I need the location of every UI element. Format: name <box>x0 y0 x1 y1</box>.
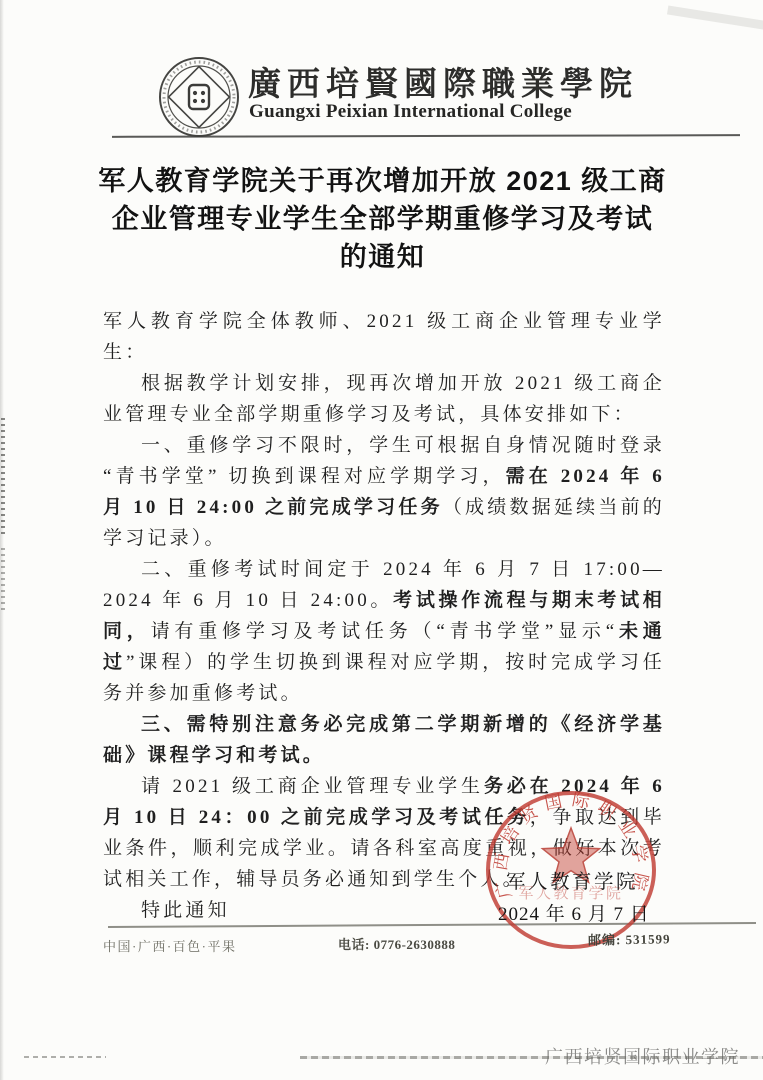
paragraph: 二、重修考试时间定于 2024 年 6 月 7 日 17:00—2024 年 6… <box>103 554 665 709</box>
paragraph: 三、需特别注意务必完成第二学期新增的《经济学基础》课程学习和考试。 <box>103 709 665 771</box>
signature-department: 军人教育学院 <box>506 866 638 894</box>
paragraph-run-bold: 三、需特别注意务必完成第二学期新增的《经济学基础》课程学习和考试。 <box>103 714 665 766</box>
college-name-chinese: 廣西培賢國際職業學院 <box>248 58 638 105</box>
scan-corner-artifact <box>667 5 763 31</box>
college-seal-logo-icon <box>157 55 241 139</box>
paragraph: 军人教育学院全体教师、2021 级工商企业管理专业学生： <box>103 306 665 368</box>
college-name-english: Guangxi Peixian International College <box>249 101 572 123</box>
scanned-notice-page: 廣西培賢國際職業學院 Guangxi Peixian International… <box>0 0 763 1080</box>
paragraph-run: 特此通知 <box>141 900 230 921</box>
scan-smudge-bottom-left <box>24 1056 106 1058</box>
notice-title-line-2: 企业管理专业学生全部学期重修学习及考试 <box>95 200 670 238</box>
signature-date: 2024 年 6 月 7 日 <box>498 899 650 926</box>
footer-phone: 电话: 0776-2630888 <box>338 934 455 953</box>
notice-title: 军人教育学院关于再次增加开放 2021 级工商 企业管理专业学生全部学期重修学习… <box>95 162 670 276</box>
paragraph: 一、重修学习不限时，学生可根据自身情况随时登录 “青书学堂” 切换到课程对应学期… <box>103 430 665 554</box>
paragraph-run: 请有重修学习及考试任务（“青书学堂”显示“ <box>151 621 618 642</box>
footer-address: 中国·广西·百色·平果 <box>103 936 237 955</box>
scan-edge-shading <box>0 0 4 1080</box>
notice-title-line-3: 的通知 <box>95 238 670 276</box>
paragraph: 根据教学计划安排，现再次增加开放 2021 级工商企业管理专业全部学期重修学习及… <box>103 368 665 430</box>
scan-smudge-bottom-right <box>300 1056 763 1059</box>
scan-artifact-left-lower <box>1 548 5 610</box>
paragraph-run: 请 2021 级工商企业管理专业学生 <box>141 776 484 797</box>
paragraph-run: 根据教学计划安排，现再次增加开放 2021 级工商企业管理专业全部学期重修学习及… <box>103 373 665 425</box>
paragraph-run: 军人教育学院全体教师、2021 级工商企业管理专业学生： <box>103 311 665 363</box>
paragraph-run: ”课程）的学生切换到课程对应学期，按时完成学习任务并参加重修考试。 <box>103 652 665 704</box>
notice-title-line-1: 军人教育学院关于再次增加开放 2021 级工商 <box>95 162 670 200</box>
header-divider-rule <box>112 134 740 138</box>
scan-artifact-left-upper <box>1 418 5 536</box>
footer-postal-code: 邮编: 531599 <box>588 928 671 948</box>
